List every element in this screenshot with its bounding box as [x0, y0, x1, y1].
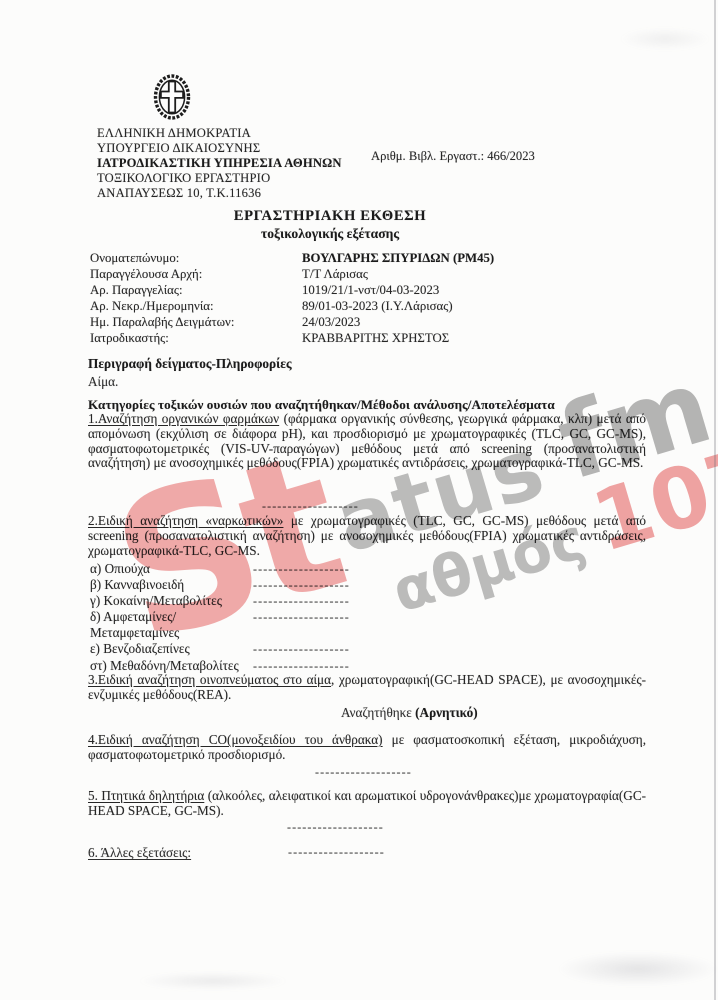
- list-item-label: α) Οπιούχα: [90, 561, 253, 577]
- section-3-lead: 3.Ειδική αναζήτηση οινοπνεύματος στο αίμ…: [88, 672, 331, 687]
- section-6-label: 6. Άλλες εξετάσεις:: [88, 845, 191, 861]
- watermark-column: atus fm αθμός 107.7: [323, 326, 718, 635]
- greek-coat-of-arms-logo: [152, 72, 192, 122]
- section-5-result-dashes: -------------------: [287, 820, 384, 835]
- drug-category-list: α) Οπιούχα ------------------- β) Κανναβ…: [90, 561, 350, 674]
- section-4-lead: 4.Ειδική αναζήτηση CO(μονοξειδίου του άν…: [88, 732, 383, 747]
- sample-description-heading: Περιγραφή δείγματος-Πληροφορίες: [88, 356, 292, 372]
- list-item-cannabinoids: β) Κανναβινοειδή -------------------: [90, 577, 350, 593]
- field-value: 24/03/2023: [302, 314, 360, 330]
- section-1-lead: 1.Αναζήτηση οργανικών φαρμάκων: [88, 411, 279, 426]
- case-fields: Ονοματεπώνυμο: ΒΟΥΛΓΑΡΗΣ ΣΠΥΡΙΔΩΝ (ΡΜ45)…: [90, 250, 494, 346]
- field-row-ordering-authority: Παραγγέλουσα Αρχή: Τ/Τ Λάρισας: [90, 266, 494, 282]
- section-6-label-text: 6. Άλλες εξετάσεις:: [88, 845, 191, 860]
- list-item-dashes: -------------------: [253, 561, 350, 577]
- agency-line-service: ΙΑΤΡΟΔΙΚΑΣΤΙΚΗ ΥΠΗΡΕΣΙΑ ΑΘΗΝΩΝ: [97, 156, 342, 171]
- list-item-dashes: -------------------: [253, 577, 350, 593]
- section-4-paragraph: 4.Ειδική αναζήτηση CO(μονοξειδίου του άν…: [88, 733, 646, 763]
- list-item-label: δ) Αμφεταμίνες/Μεταμφεταμίνες: [90, 609, 253, 641]
- result-text: Αναζητήθηκε: [341, 705, 412, 720]
- report-title: ΕΡΓΑΣΤΗΡΙΑΚΗ ΕΚΘΕΣΗ: [35, 208, 625, 225]
- section-2-paragraph: 2.Ειδική αναζήτηση «ναρκωτικών» με χρωμα…: [88, 514, 646, 558]
- section-5-lead: 5. Πτητικά δηλητήρια: [88, 788, 204, 803]
- list-item-label: ε) Βενζοδιαζεπίνες: [90, 641, 253, 657]
- list-item-dashes: -------------------: [253, 609, 350, 641]
- section-3-result: Αναζητήθηκε (Αρνητικό): [88, 705, 478, 721]
- field-value: ΚΡΑΒΒΑΡΙΤΗΣ ΧΡΗΣΤΟΣ: [302, 330, 449, 346]
- agency-line-republic: ΕΛΛΗΝΙΚΗ ΔΗΜΟΚΡΑΤΙΑ: [97, 126, 342, 141]
- field-row-name: Ονοματεπώνυμο: ΒΟΥΛΓΑΡΗΣ ΣΠΥΡΙΔΩΝ (ΡΜ45): [90, 250, 494, 266]
- scan-edge-artifact: [714, 0, 716, 1000]
- field-label: Παραγγέλουσα Αρχή:: [90, 266, 302, 282]
- field-label: Αρ. Νεκρ./Ημερομηνία:: [90, 298, 302, 314]
- scan-smudge-artifact: [620, 28, 710, 50]
- toxicology-report-page: ΕΛΛΗΝΙΚΗ ΔΗΜΟΚΡΑΤΙΑ ΥΠΟΥΡΓΕΙΟ ΔΙΚΑΙΟΣΥΝΗ…: [0, 0, 718, 1000]
- field-label: Αρ. Παραγγελίας:: [90, 282, 302, 298]
- field-label: Ιατροδικαστής:: [90, 330, 302, 346]
- section-1-result-dashes: -------------------: [262, 499, 359, 514]
- agency-header: ΕΛΛΗΝΙΚΗ ΔΗΜΟΚΡΑΤΙΑ ΥΠΟΥΡΓΕΙΟ ΔΙΚΑΙΟΣΥΝΗ…: [97, 126, 342, 201]
- field-label: Ημ. Παραλαβής Δειγμάτων:: [90, 314, 302, 330]
- section-3-paragraph: 3.Ειδική αναζήτηση οινοπνεύματος στο αίμ…: [88, 673, 646, 703]
- field-row-necropsy-number: Αρ. Νεκρ./Ημερομηνία: 89/01-03-2023 (Ι.Υ…: [90, 298, 494, 314]
- list-item-dashes: -------------------: [253, 593, 350, 609]
- lab-book-number: Αριθμ. Βιβλ. Εργαστ.: 466/2023: [371, 149, 535, 164]
- field-row-medical-examiner: Ιατροδικαστής: ΚΡΑΒΒΑΡΙΤΗΣ ΧΡΗΣΤΟΣ: [90, 330, 494, 346]
- field-value: ΒΟΥΛΓΑΡΗΣ ΣΠΥΡΙΔΩΝ (ΡΜ45): [302, 250, 494, 266]
- field-row-order-number: Αρ. Παραγγελίας: 1019/21/1-νστ/04-03-202…: [90, 282, 494, 298]
- field-value: Τ/Τ Λάρισας: [302, 266, 368, 282]
- section-5-paragraph: 5. Πτητικά δηλητήρια (αλκοόλες, αλειφατι…: [88, 789, 646, 819]
- sample-description-value: Αίμα.: [88, 374, 118, 390]
- field-value: 1019/21/1-νστ/04-03-2023: [302, 282, 439, 298]
- field-value: 89/01-03-2023 (Ι.Υ.Λάρισας): [302, 298, 453, 314]
- section-2-lead: 2.Ειδική αναζήτηση «ναρκωτικών»: [88, 513, 283, 528]
- section-6-result-dashes: -------------------: [288, 845, 385, 860]
- agency-line-address: ΑΝΑΠΑΥΣΕΩΣ 10, Τ.Κ.11636: [97, 186, 342, 201]
- result-negative: (Αρνητικό): [415, 705, 477, 720]
- scan-smudge-artifact: [138, 972, 288, 990]
- agency-line-ministry: ΥΠΟΥΡΓΕΙΟ ΔΙΚΑΙΟΣΥΝΗΣ: [97, 141, 342, 156]
- list-item-cocaine: γ) Κοκαίνη/Μεταβολίτες -----------------…: [90, 593, 350, 609]
- list-item-dashes: -------------------: [253, 641, 350, 657]
- report-subtitle: τοξικολογικής εξέτασης: [35, 226, 625, 242]
- list-item-label: β) Κανναβινοειδή: [90, 577, 253, 593]
- field-label: Ονοματεπώνυμο:: [90, 250, 302, 266]
- scan-smudge-artifact: [558, 952, 718, 986]
- section-4-result-dashes: -------------------: [315, 765, 412, 780]
- agency-line-laboratory: ΤΟΞΙΚΟΛΟΓΙΚΟ ΕΡΓΑΣΤΗΡΙΟ: [97, 171, 342, 186]
- list-item-label: γ) Κοκαίνη/Μεταβολίτες: [90, 593, 253, 609]
- list-item-opiates: α) Οπιούχα -------------------: [90, 561, 350, 577]
- list-item-amphetamines: δ) Αμφεταμίνες/Μεταμφεταμίνες ----------…: [90, 609, 350, 641]
- section-1-paragraph: 1.Αναζήτηση οργανικών φαρμάκων (φάρμακα …: [88, 412, 646, 471]
- field-row-sample-receipt-date: Ημ. Παραλαβής Δειγμάτων: 24/03/2023: [90, 314, 494, 330]
- list-item-benzodiazepines: ε) Βενζοδιαζεπίνες -------------------: [90, 641, 350, 657]
